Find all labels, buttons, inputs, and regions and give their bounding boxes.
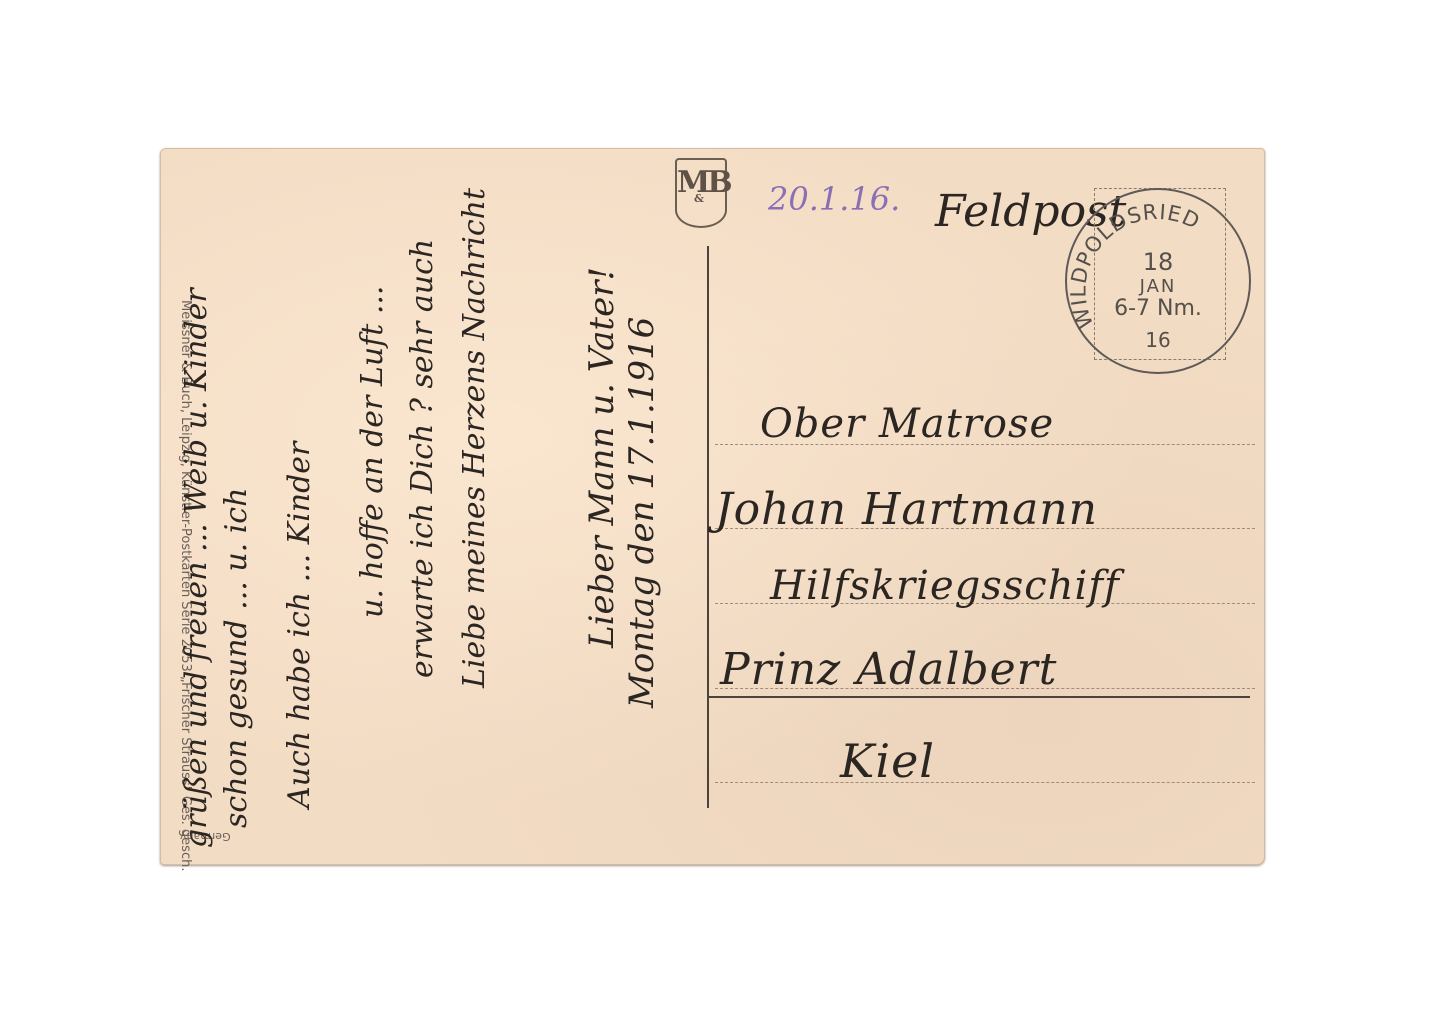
postcard: Meissner & Buch, Leipzig, Künstler-Postk… [160, 148, 1265, 865]
message-address-divider [707, 246, 709, 808]
address-ship-type: Hilfskriegsschiff [770, 566, 1120, 606]
message-line: schon gesund ... u. ich [222, 488, 252, 828]
postmark-day: 18 [1067, 248, 1249, 276]
address-city: Kiel [840, 738, 935, 784]
message-line: Auch habe ich ... Kinder [285, 442, 315, 808]
logo-ampersand: & [694, 192, 704, 205]
pencil-date: 20.1.16. [768, 180, 900, 218]
address-name: Johan Hartmann [715, 488, 1098, 532]
postmark: WILDPOLDSRIED 18 JAN 6-7 Nm. 16 [1065, 188, 1251, 374]
postmark-year: 16 [1067, 328, 1249, 352]
address-ship-name: Prinz Adalbert [720, 648, 1057, 692]
postmark-time: 6-7 Nm. [1083, 296, 1233, 321]
message-line: u. hoffe an der Luft ... [358, 286, 388, 618]
postmark-month: JAN [1067, 276, 1249, 297]
address-underline [708, 696, 1250, 698]
publisher-logo: MB & [675, 158, 727, 228]
message-salutation: Lieber Mann u. Vater! [585, 267, 619, 648]
message-line: grüßen und freuen ... Weib u. Kinder [182, 288, 212, 848]
message-line: Liebe meines Herzens Nachricht [460, 188, 490, 688]
address-rank: Ober Matrose [760, 404, 1054, 444]
address-rule [715, 782, 1255, 783]
message-line: erwarte ich Dich ? sehr auch [408, 239, 438, 678]
message-heading-date: Montag den 17.1.1916 [625, 317, 659, 708]
